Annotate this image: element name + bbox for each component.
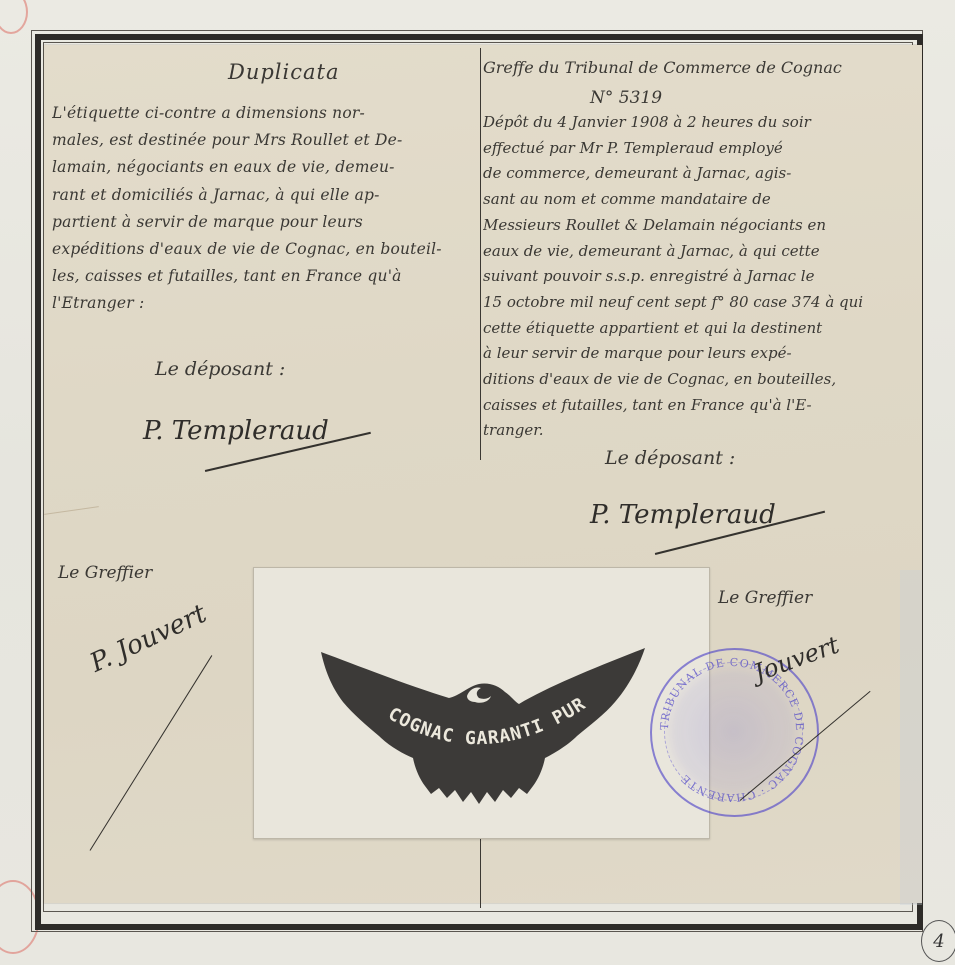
text-line: effectué par Mr P. Templeraud employé [483,136,913,162]
text-line: males, est destinée pour Mrs Roullet et … [52,127,472,154]
text-line: Messieurs Roullet & Delamain négociants … [483,213,913,239]
text-line: suivant pouvoir s.s.p. enregistré à Jarn… [483,264,913,290]
column-divider-lower [480,836,481,908]
deposant-label-right: Le déposant : [605,447,735,469]
greffe-heading: Greffe du Tribunal de Commerce de Cognac [483,58,842,77]
text-line: L'étiquette ci-contre a dimensions nor- [52,100,472,127]
text-line: 15 octobre mil neuf cent sept f° 80 case… [483,290,913,316]
text-line: à leur servir de marque pour leurs expé- [483,341,913,367]
text-line: sant au nom et comme mandataire de [483,187,913,213]
text-line: expéditions d'eaux de vie de Cognac, en … [52,236,472,263]
text-line: les, caisses et futailles, tant en Franc… [52,263,472,290]
text-line: ditions d'eaux de vie de Cognac, en bout… [483,367,913,393]
deposant-signature-right: P. Templeraud [590,500,776,530]
text-line: cette étiquette appartient et qui la des… [483,316,913,342]
greffier-label-right: Le Greffier [718,588,812,608]
archive-page: Duplicata L'étiquette ci-contre a dimens… [0,0,955,965]
page-number: 4 [921,920,955,962]
text-line: partient à servir de marque pour leurs [52,209,472,236]
cognac-label-card: COGNAC GARANTI PUR [253,567,710,839]
left-declaration-text: L'étiquette ci-contre a dimensions nor- … [52,100,472,318]
greffier-label-left: Le Greffier [58,563,152,583]
text-line: tranger. [483,418,913,444]
text-line: Dépôt du 4 Janvier 1908 à 2 heures du so… [483,110,913,136]
registration-number: N° 5319 [590,88,662,108]
text-line: de commerce, demeurant à Jarnac, agis- [483,161,913,187]
paper-strip [900,570,922,905]
duplicata-title: Duplicata [228,60,339,84]
right-deposit-text: Dépôt du 4 Janvier 1908 à 2 heures du so… [483,110,913,444]
red-pencil-mark [0,0,28,34]
text-line: caisses et futailles, tant en France qu'… [483,393,913,419]
eagle-icon: COGNAC GARANTI PUR [319,646,649,806]
deposant-signature-left: P. Templeraud [143,416,329,446]
deposant-label-left: Le déposant : [155,358,285,380]
column-divider [480,48,481,460]
text-line: eaux de vie, demeurant à Jarnac, à qui c… [483,239,913,265]
text-line: rant et domiciliés à Jarnac, à qui elle … [52,182,472,209]
text-line: l'Etranger : [52,290,472,317]
text-line: lamain, négociants en eaux de vie, demeu… [52,154,472,181]
